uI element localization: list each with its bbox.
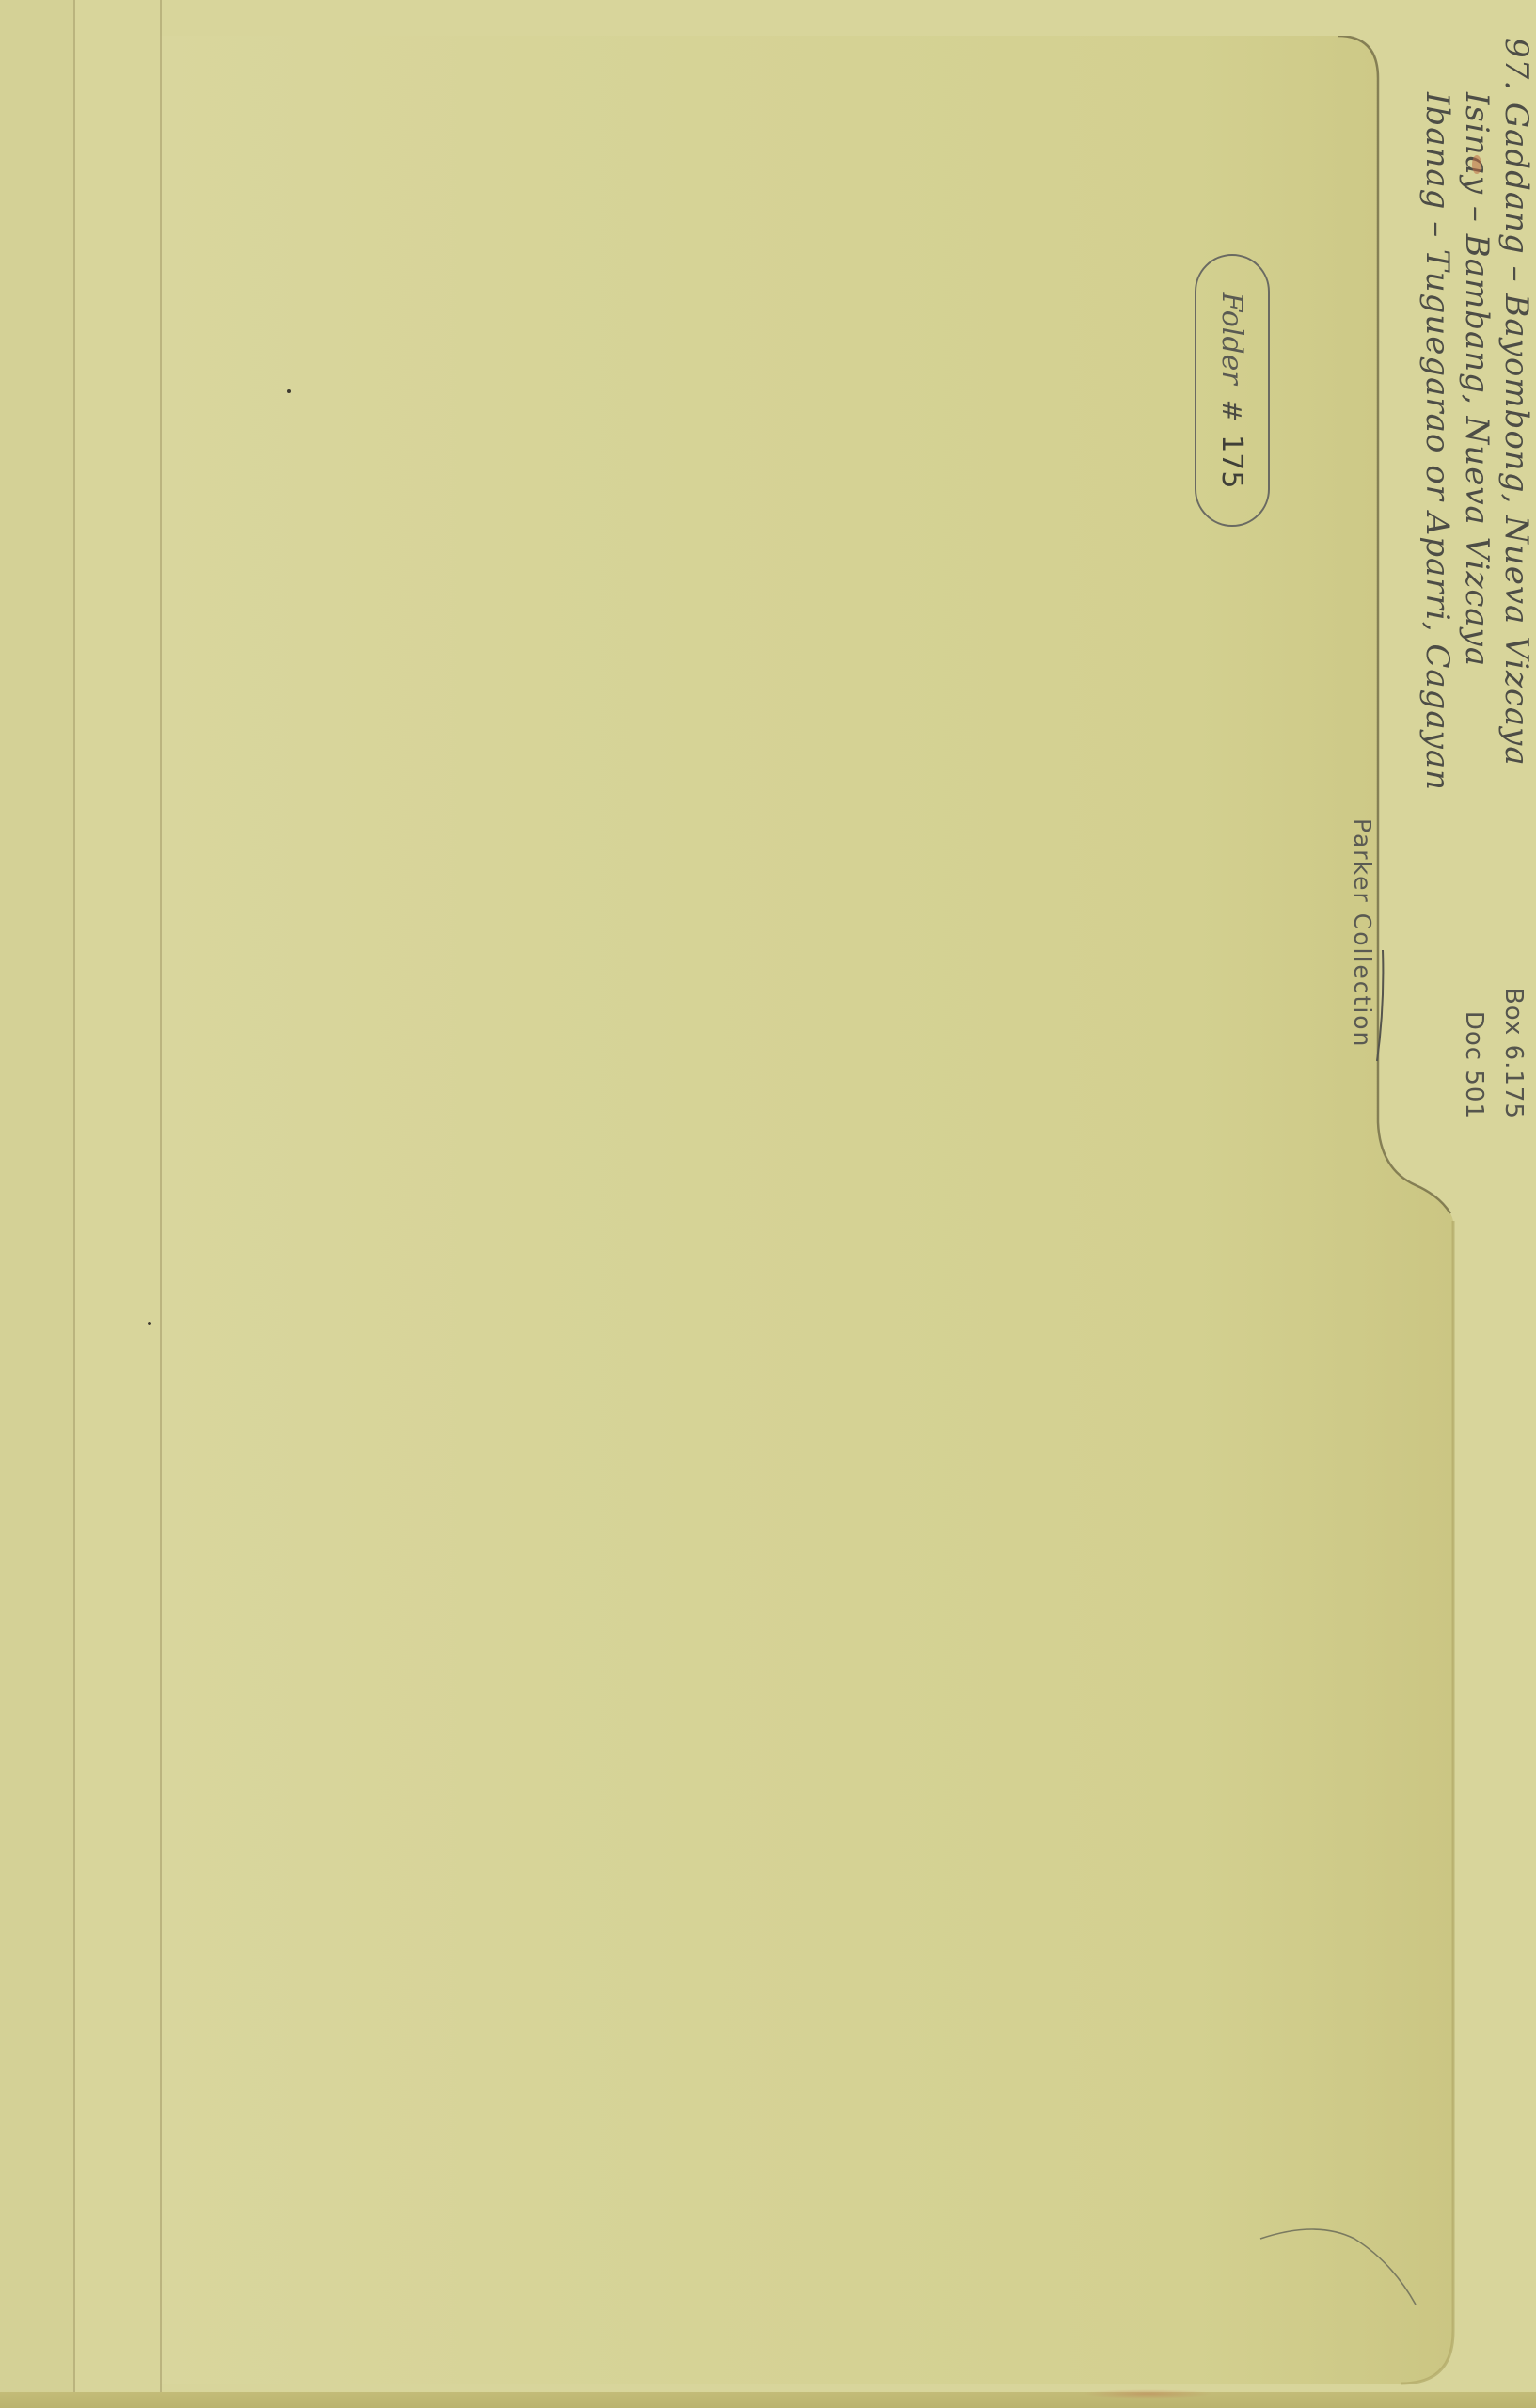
pencil-arc-mark: [1251, 2210, 1458, 2361]
folder-word: Folder: [1216, 293, 1249, 385]
note-line-gaddang: 97. Gaddang – Bayombong, Nueva Vizcaya B…: [1496, 38, 1536, 1119]
note-line-ibanag: Ibanag – Tuguegarao or Aparri, Cagayan: [1417, 38, 1457, 1119]
folder-number: 175: [1216, 435, 1249, 488]
note-text: Isinay – Bambang, Nueva Vizcaya: [1457, 92, 1496, 667]
box-reference: Box 6.175: [1494, 988, 1533, 1119]
note-text: 97. Gaddang – Bayombong, Nueva Vizcaya: [1496, 38, 1536, 767]
tab-handwritten-notes: 97. Gaddang – Bayombong, Nueva Vizcaya B…: [1417, 38, 1536, 1119]
folder-tab-outline: [160, 36, 1536, 2397]
note-line-isinay: Isinay – Bambang, Nueva Vizcaya Doc 501: [1457, 38, 1496, 1119]
doc-reference: Doc 501: [1454, 1011, 1494, 1119]
rust-stain: [1472, 155, 1481, 174]
folder-bottom-edge: [0, 2392, 1536, 2408]
folder-score-line: [160, 0, 162, 2408]
stray-mark: [148, 1322, 151, 1325]
pencil-underline-stroke: [1354, 950, 1392, 1063]
bottom-rust-stain: [1082, 2389, 1213, 2399]
note-text: Ibanag – Tuguegarao or Aparri, Cagayan: [1417, 92, 1457, 791]
folder-hash: #: [1217, 400, 1248, 421]
folder-number-oval: Folder # 175: [1195, 254, 1270, 527]
stray-mark: [287, 389, 291, 393]
